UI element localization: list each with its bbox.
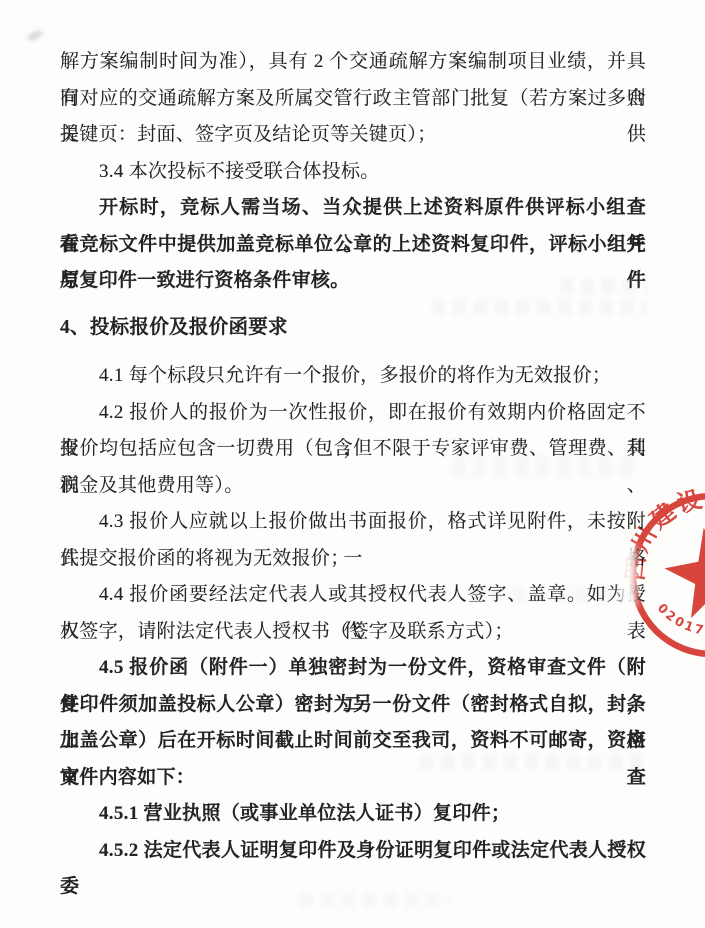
document-text: 解方案编制时间为准），具有 2 个交通疏解方案编制项目业绩，并具有合同对应的交通… bbox=[60, 44, 646, 869]
text-line: 解方案编制时间为准），具有 2 个交通疏解方案编制项目业绩，并具有合 bbox=[60, 44, 646, 81]
text-line: 4.5.2 法定代表人证明复印件及身份证明复印件或法定代表人授权委 bbox=[60, 833, 646, 870]
text-line: 4.5.1 营业执照（或事业单位法人证书）复印件； bbox=[60, 796, 646, 833]
text-line: 4.4 报价函要经法定代表人或其授权代表人签字、盖章。如为授权代表 bbox=[60, 577, 646, 614]
scan-smudge-artifact bbox=[26, 29, 43, 42]
text-line: 3.4 本次投标不接受联合体投标。 bbox=[60, 154, 646, 191]
text-line: 同对应的交通疏解方案及所属交管行政主管部门批复（若方案过多则提供 bbox=[60, 81, 646, 118]
scanned-document-page: 解方案编制时间为准），具有 2 个交通疏解方案编制项目业绩，并具有合同对应的交通… bbox=[0, 0, 705, 928]
text-line: 4.5 报价函（附件一）单独密封为一份文件，资格审查文件（附件二， bbox=[60, 650, 646, 687]
text-line: 4.1 每个标段只允许有一个报价，多报价的将作为无效报价； bbox=[60, 358, 646, 395]
text-line: 在竞标文件中提供加盖竞标单位公章的上述资料复印件，评标小组凭原件 bbox=[60, 227, 646, 264]
text-line: 加盖公章）后在开标时间截止时间前交至我司，资料不可邮寄，资格审查 bbox=[60, 723, 646, 760]
text-line: 复印件须加盖投标人公章）密封为另一份文件（密封格式自拟，封条上应 bbox=[60, 687, 646, 724]
text-line: 报价均包括应包含一切费用（包含但不限于专家评审费、管理费、利润、 bbox=[60, 431, 646, 468]
seal-star-icon bbox=[658, 523, 705, 625]
seal-serial-number: 0201736 bbox=[655, 600, 705, 638]
section-heading: 4、投标报价及报价函要求 bbox=[60, 310, 646, 347]
text-line: 开标时，竞标人需当场、当众提供上述资料原件供评标小组查看。并 bbox=[60, 190, 646, 227]
bleed-through-artifact bbox=[300, 892, 450, 908]
text-line: 4.2 报价人的报价为一次性报价，即在报价有效期内价格固定不变，其 bbox=[60, 395, 646, 432]
text-line: 4.3 报价人应就以上报价做出书面报价，格式详见附件，未按附件一格 bbox=[60, 504, 646, 541]
